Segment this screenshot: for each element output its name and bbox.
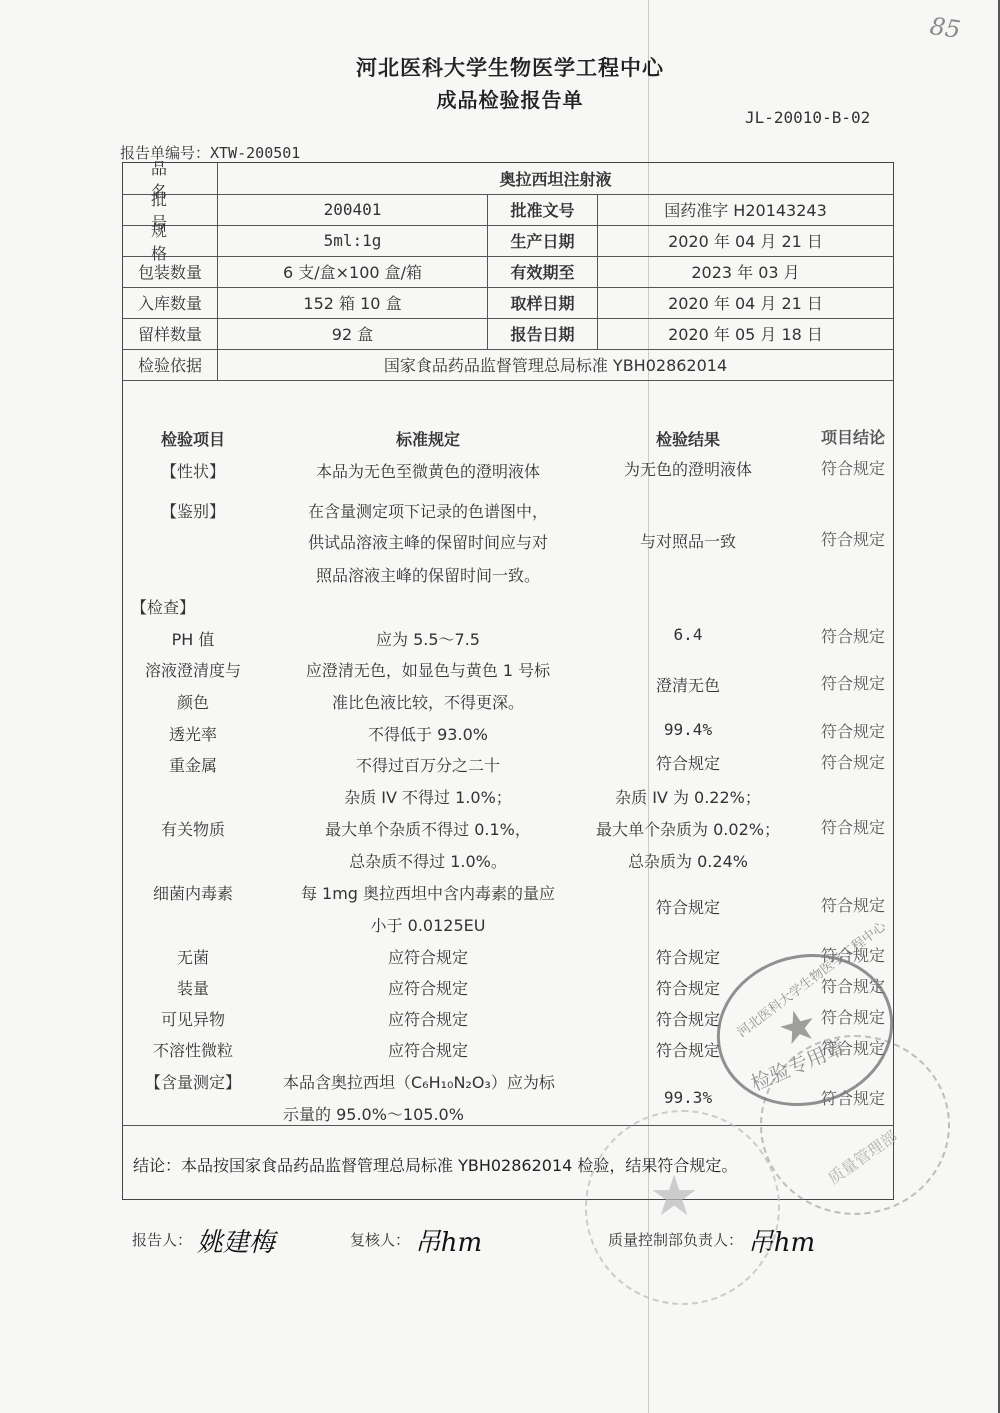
- test-result: 澄清无色: [583, 673, 793, 696]
- test-standard: 本品为无色至微黄色的澄明液体: [263, 459, 593, 482]
- mfg-date-value: 2020 年 04 月 21 日: [598, 225, 893, 256]
- qc-stamp-text: 质量管理部: [823, 1124, 902, 1189]
- test-standard: 应符合规定: [263, 976, 593, 999]
- test-standard: 每 1mg 奥拉西坦中含内毒素的量应: [263, 881, 593, 904]
- test-result: 杂质 IV 为 0.22%；: [583, 785, 793, 808]
- basis-value: 国家食品药品监督管理总局标准 YBH02862014: [218, 349, 893, 380]
- row-stock: 入库数量 152 箱 10 盒 取样日期 2020 年 04 月 21 日: [123, 287, 893, 319]
- row-pack: 包装数量 6 支/盒×100 盒/箱 有效期至 2023 年 03 月: [123, 256, 893, 288]
- header-standard: 标准规定: [263, 427, 593, 450]
- test-item: 【鉴别】: [123, 499, 263, 522]
- test-result: 符合规定: [583, 751, 793, 774]
- form-code: JL-20010-B-02: [745, 108, 870, 127]
- row-basis: 检验依据 国家食品药品监督管理总局标准 YBH02862014: [123, 349, 893, 381]
- test-standard: 最大单个杂质不得过 0.1%，: [263, 817, 593, 840]
- test-item: 颜色: [123, 690, 263, 713]
- test-result: 6.4: [583, 625, 793, 644]
- retained-value: 92 盒: [218, 318, 488, 349]
- header-item: 检验项目: [123, 427, 263, 450]
- handwritten-page-number: 85: [928, 12, 962, 44]
- test-item: 溶液澄清度与: [123, 658, 263, 681]
- test-item: 重金属: [123, 753, 263, 776]
- test-standard: 应符合规定: [263, 1007, 593, 1030]
- test-result: 最大单个杂质为 0.02%；: [583, 817, 793, 840]
- reporter-handwritten-signature: 姚建梅: [197, 1228, 275, 1258]
- institution-title: 河北医科大学生物医学工程中心: [0, 52, 1000, 82]
- stock-value: 152 箱 10 盒: [218, 287, 488, 318]
- test-result: 与对照品一致: [583, 529, 793, 552]
- reporter-label: 报告人：: [132, 1231, 192, 1249]
- test-conclusion: 符合规定: [793, 456, 913, 479]
- product-name-value: 奥拉西坦注射液: [218, 163, 893, 194]
- test-item: 透光率: [123, 722, 263, 745]
- test-conclusion: 符合规定: [793, 719, 913, 742]
- test-item: 不溶性微粒: [123, 1038, 263, 1061]
- report-date-value: 2020 年 05 月 18 日: [598, 318, 893, 349]
- approval-value: 国药准字 H20143243: [598, 194, 893, 225]
- test-result: 总杂质为 0.24%: [583, 849, 793, 872]
- reviewer-handwritten-signature: 吊hm: [415, 1228, 482, 1258]
- test-item: 无菌: [123, 945, 263, 968]
- test-conclusion: 符合规定: [793, 893, 913, 916]
- test-standard: 在含量测定项下记录的色谱图中，: [263, 499, 593, 522]
- test-item: PH 值: [123, 627, 263, 650]
- test-item: 【性状】: [123, 459, 263, 482]
- row-batch: 批号 200401 批准文号 国药准字 H20143243: [123, 194, 893, 226]
- faded-seal-stamp: ★: [585, 1110, 780, 1305]
- test-item: 【含量测定】: [123, 1070, 263, 1093]
- test-section-heading: 【检查】: [93, 595, 233, 618]
- reporter-signature: 报告人： 姚建梅: [132, 1222, 275, 1259]
- row-product-name: 品名 奥拉西坦注射液: [123, 163, 893, 195]
- header-conclusion: 项目结论: [793, 425, 913, 448]
- test-standard: 准比色液比较，不得更深。: [263, 690, 593, 713]
- test-conclusion: 符合规定: [793, 815, 913, 838]
- header-result: 检验结果: [583, 427, 793, 450]
- test-result: 99.4%: [583, 720, 793, 739]
- sample-date-label: 取样日期: [488, 287, 598, 318]
- mfg-date-label: 生产日期: [488, 225, 598, 256]
- test-item: 细菌内毒素: [123, 881, 263, 904]
- sample-date-value: 2020 年 04 月 21 日: [598, 287, 893, 318]
- test-item: 有关物质: [123, 817, 263, 840]
- reviewer-signature: 复核人： 吊hm: [350, 1222, 482, 1259]
- expiry-value: 2023 年 03 月: [598, 256, 893, 287]
- row-retained: 留样数量 92 盒 报告日期 2020 年 05 月 18 日: [123, 318, 893, 350]
- report-number-value: XTW-200501: [210, 144, 300, 162]
- test-standard: 应为 5.5～7.5: [263, 627, 593, 650]
- test-item: 可见异物: [123, 1007, 263, 1030]
- test-conclusion: 符合规定: [793, 671, 913, 694]
- test-standard: 本品含奥拉西坦（C₆H₁₀N₂O₃）应为标: [283, 1070, 555, 1093]
- spec-label: 规格: [123, 225, 218, 256]
- basis-label: 检验依据: [123, 349, 218, 380]
- test-item: 装量: [123, 976, 263, 999]
- test-conclusion: 符合规定: [793, 527, 913, 550]
- batch-value: 200401: [218, 194, 488, 225]
- star-icon: ★: [649, 1164, 699, 1229]
- test-result: 符合规定: [583, 895, 793, 918]
- row-spec: 规格 5ml:1g 生产日期 2020 年 04 月 21 日: [123, 225, 893, 257]
- test-standard: 杂质 IV 不得过 1.0%；: [263, 785, 593, 808]
- approval-label: 批准文号: [488, 194, 598, 225]
- test-standard: 供试品溶液主峰的保留时间应与对: [263, 530, 593, 553]
- test-result: 符合规定: [583, 945, 793, 968]
- test-conclusion: 符合规定: [793, 624, 913, 647]
- pack-label: 包装数量: [123, 256, 218, 287]
- test-conclusion: 符合规定: [793, 750, 913, 773]
- test-standard: 不得过百万分之二十: [263, 753, 593, 776]
- stock-label: 入库数量: [123, 287, 218, 318]
- pack-value: 6 支/盒×100 盒/箱: [218, 256, 488, 287]
- test-standard: 应澄清无色，如显色与黄色 1 号标: [263, 658, 593, 681]
- retained-label: 留样数量: [123, 318, 218, 349]
- test-standard: 照品溶液主峰的保留时间一致。: [263, 563, 593, 586]
- test-standard: 应符合规定: [263, 945, 593, 968]
- test-result: 为无色的澄明液体: [583, 457, 793, 480]
- spec-value: 5ml:1g: [218, 225, 488, 256]
- test-standard: 不得低于 93.0%: [263, 722, 593, 745]
- report-date-label: 报告日期: [488, 318, 598, 349]
- test-standard: 总杂质不得过 1.0%。: [263, 849, 593, 872]
- reviewer-label: 复核人：: [350, 1231, 410, 1249]
- test-standard: 小于 0.0125EU: [263, 913, 593, 936]
- test-standard: 示量的 95.0%～105.0%: [283, 1102, 464, 1125]
- test-standard: 应符合规定: [263, 1038, 593, 1061]
- expiry-label: 有效期至: [488, 256, 598, 287]
